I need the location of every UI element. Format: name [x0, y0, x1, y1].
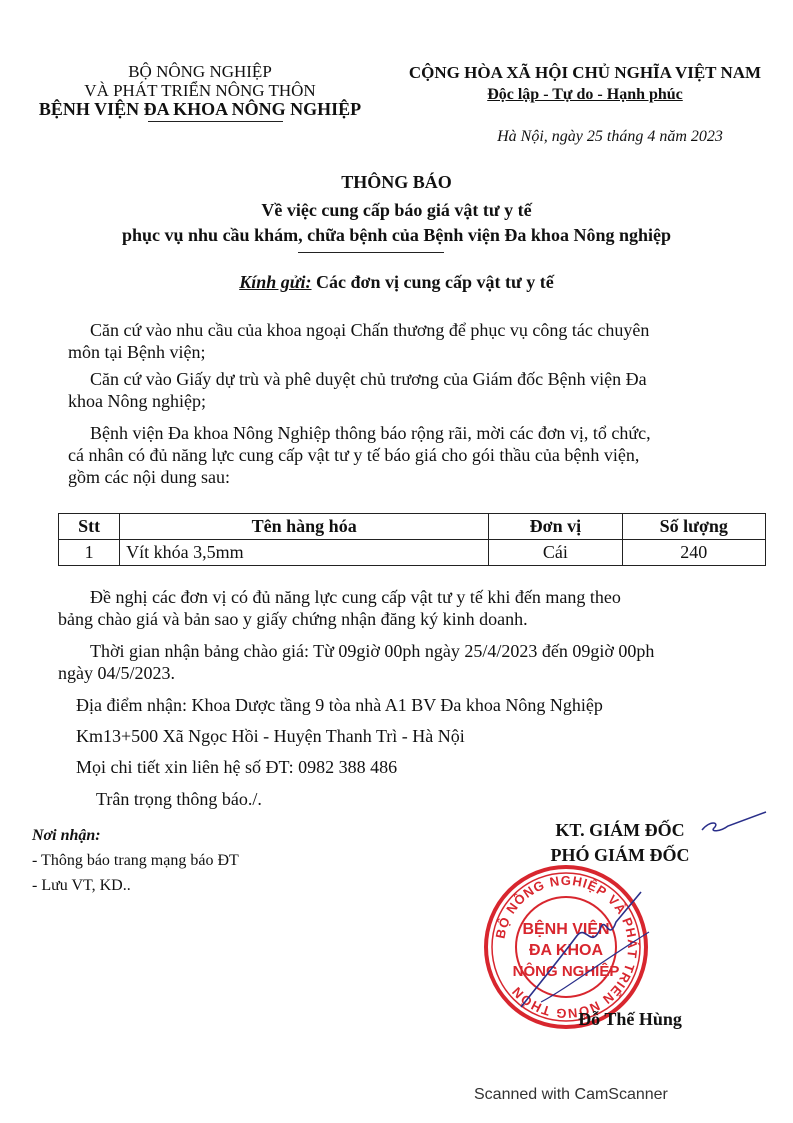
paragraph-3: Bệnh viện Đa khoa Nông Nghiệp thông báo … [68, 422, 768, 488]
issuer-header: BỘ NÔNG NGHIỆP VÀ PHÁT TRIỂN NÔNG THÔN B… [20, 62, 380, 122]
address-line-2: Km13+500 Xã Ngọc Hồi - Huyện Thanh Trì -… [76, 725, 465, 747]
document-date: Hà Nội, ngày 25 tháng 4 năm 2023 [440, 128, 780, 146]
paragraph-1: Căn cứ vào nhu cầu của khoa ngoại Chấn t… [68, 319, 768, 363]
col-item-name: Tên hàng hóa [120, 514, 489, 540]
paragraph-timeframe: Thời gian nhận bảng chào giá: Từ 09giờ 0… [68, 640, 768, 684]
greeting-text: Các đơn vị cung cấp vật tư y tế [312, 272, 554, 292]
scanner-watermark: Scanned with CamScanner [474, 1086, 668, 1104]
national-header: CỘNG HÒA XÃ HỘI CHỦ NGHĨA VIỆT NAM Độc l… [385, 62, 785, 106]
signature-line-2: PHÓ GIÁM ĐỐC [500, 843, 740, 868]
greeting-label: Kính gửi: [239, 272, 311, 292]
contact-line: Mọi chi tiết xin liên hệ số ĐT: 0982 388… [76, 756, 397, 778]
document-subject-line1: Về việc cung cấp báo giá vật tư y tế [0, 200, 793, 221]
closing-line: Trân trọng thông báo./. [96, 788, 262, 810]
table-header-row: Stt Tên hàng hóa Đơn vị Số lượng [59, 514, 766, 540]
svg-text:NÔNG NGHIỆP: NÔNG NGHIỆP [513, 962, 620, 980]
header-rule [148, 121, 283, 122]
national-motto: Độc lập - Tự do - Hạnh phúc [385, 84, 785, 106]
recipient-item: - Thông báo trang mạng báo ĐT [32, 848, 239, 873]
cell-unit: Cái [489, 540, 622, 566]
document-title: THÔNG BÁO [0, 172, 793, 193]
col-quantity: Số lượng [622, 514, 765, 540]
signer-name: Đỗ Thế Hùng [530, 1009, 730, 1030]
ministry-name-cont: VÀ PHÁT TRIỂN NÔNG THÔN [20, 81, 380, 100]
paragraph-2: Căn cứ vào Giấy dự trù và phê duyệt chủ … [68, 368, 768, 412]
recipients-title: Nơi nhận: [32, 823, 239, 848]
cell-item-name: Vít khóa 3,5mm [120, 540, 489, 566]
document-subject-line2: phục vụ nhu cầu khám, chữa bệnh của Bệnh… [0, 225, 793, 246]
col-stt: Stt [59, 514, 120, 540]
items-table: Stt Tên hàng hóa Đơn vị Số lượng 1 Vít k… [58, 513, 766, 566]
recipient-item: - Lưu VT, KD.. [32, 873, 239, 898]
country-name: CỘNG HÒA XÃ HỘI CHỦ NGHĨA VIỆT NAM [385, 62, 785, 84]
cell-stt: 1 [59, 540, 120, 566]
ministry-name: BỘ NÔNG NGHIỆP [20, 62, 380, 81]
hospital-name: BỆNH VIỆN ĐA KHOA NÔNG NGHIỆP [20, 100, 380, 119]
recipients-block: Nơi nhận: - Thông báo trang mạng báo ĐT … [32, 823, 239, 898]
official-stamp: BỘ NÔNG NGHIỆP VÀ PHÁT TRIỂN NÔNG THÔN B… [481, 862, 651, 1032]
table-row: 1 Vít khóa 3,5mm Cái 240 [59, 540, 766, 566]
address-line-1: Địa điểm nhận: Khoa Dược tầng 9 tòa nhà … [76, 694, 603, 716]
title-rule [298, 252, 444, 253]
paragraph-requirements: Đề nghị các đơn vị có đủ năng lực cung c… [68, 586, 768, 630]
cell-quantity: 240 [622, 540, 765, 566]
signature-mark-icon [700, 808, 770, 838]
col-unit: Đơn vị [489, 514, 622, 540]
greeting: Kính gửi: Các đơn vị cung cấp vật tư y t… [0, 272, 793, 293]
